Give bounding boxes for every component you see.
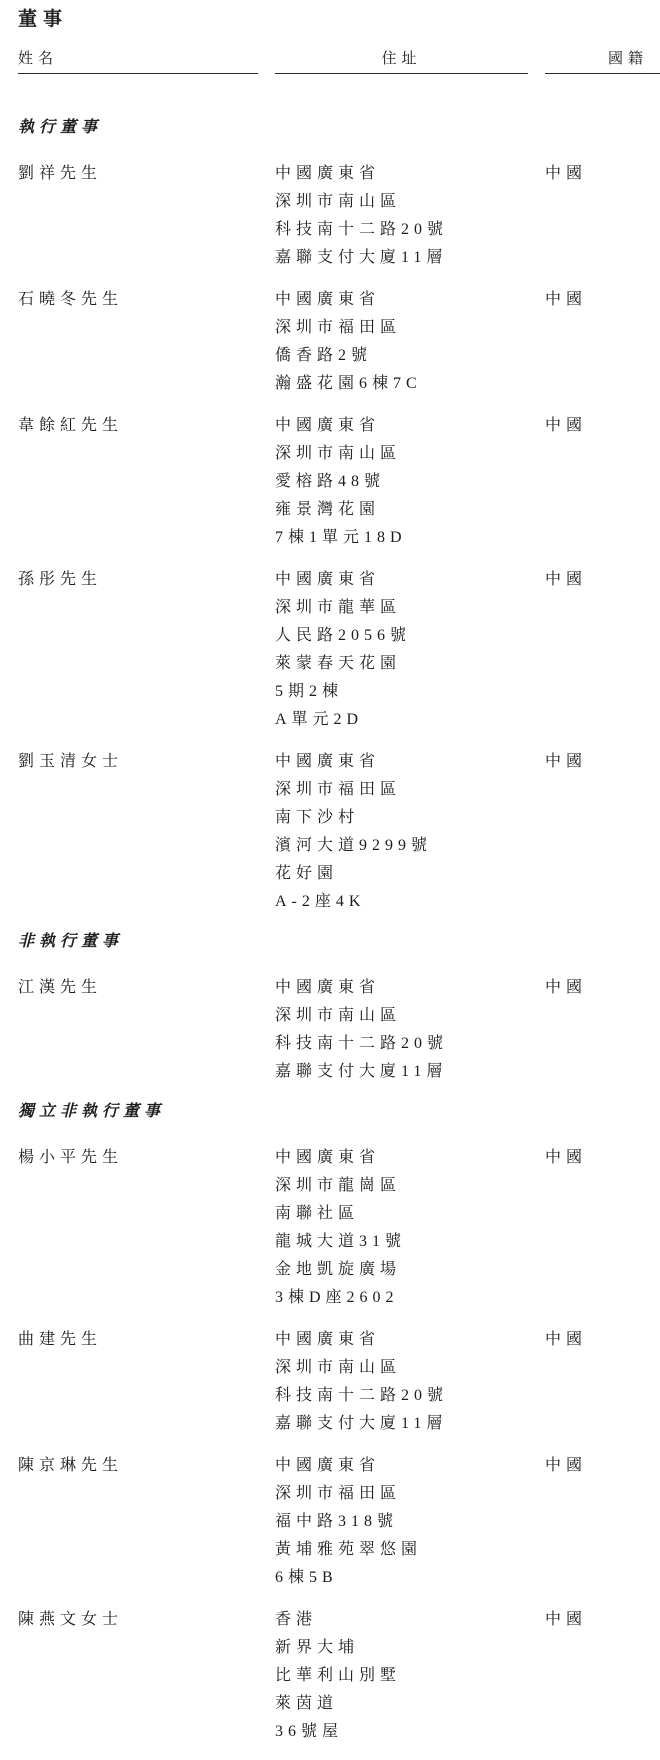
director-name: 孫彤先生 xyxy=(18,566,258,734)
address-line: 3棟D座2602 xyxy=(275,1284,528,1312)
address-line: 嘉聯支付大廈11層 xyxy=(275,1410,528,1438)
address-line: 南下沙村 xyxy=(275,804,528,832)
address-line: 嘉聯支付大廈11層 xyxy=(275,1058,528,1086)
column-header-address: 住址 xyxy=(275,50,528,74)
address-line: 香港 xyxy=(275,1606,528,1634)
address-line: 花好園 xyxy=(275,860,528,888)
address-line: 深圳市南山區 xyxy=(275,1354,528,1382)
director-nationality: 中國 xyxy=(545,974,660,1086)
address-line: 中國廣東省 xyxy=(275,1326,528,1354)
address-line: 深圳市福田區 xyxy=(275,776,528,804)
director-nationality: 中國 xyxy=(545,286,660,398)
director-address: 中國廣東省深圳市南山區科技南十二路20號嘉聯支付大廈11層 xyxy=(275,1326,528,1438)
director-row: 曲建先生 中國廣東省深圳市南山區科技南十二路20號嘉聯支付大廈11層 中國 xyxy=(18,1326,660,1438)
address-line: 南聯社區 xyxy=(275,1200,528,1228)
director-nationality: 中國 xyxy=(545,566,660,734)
address-line: 比華利山別墅 xyxy=(275,1662,528,1690)
director-row: 韋餘紅先生 中國廣東省深圳市南山區愛榕路48號雍景灣花園7棟1單元18D 中國 xyxy=(18,412,660,552)
address-line: 科技南十二路20號 xyxy=(275,1382,528,1410)
director-address: 中國廣東省深圳市福田區僑香路2號瀚盛花園6棟7C xyxy=(275,286,528,398)
address-line: 中國廣東省 xyxy=(275,412,528,440)
document-page: 董事 姓名 住址 國籍 執行董事 劉祥先生 中國廣東省深圳市南山區科技南十二路2… xyxy=(0,0,660,1760)
address-line: 萊茵道 xyxy=(275,1690,528,1718)
director-row: 楊小平先生 中國廣東省深圳市龍崗區南聯社區龍城大道31號金地凱旋廣場3棟D座26… xyxy=(18,1144,660,1312)
director-row: 劉祥先生 中國廣東省深圳市南山區科技南十二路20號嘉聯支付大廈11層 中國 xyxy=(18,160,660,272)
address-line: 深圳市福田區 xyxy=(275,1480,528,1508)
director-name: 石曉冬先生 xyxy=(18,286,258,398)
address-line: 深圳市南山區 xyxy=(275,440,528,468)
address-line: 中國廣東省 xyxy=(275,286,528,314)
address-line: 瀚盛花園6棟7C xyxy=(275,370,528,398)
address-line: 深圳市南山區 xyxy=(275,1002,528,1030)
section-heading: 執行董事 xyxy=(18,116,660,140)
page-title: 董事 xyxy=(18,8,660,32)
section-rows: 楊小平先生 中國廣東省深圳市龍崗區南聯社區龍城大道31號金地凱旋廣場3棟D座26… xyxy=(18,1144,660,1746)
director-row: 孫彤先生 中國廣東省深圳市龍華區人民路2056號萊蒙春天花園5期2棟A單元2D … xyxy=(18,566,660,734)
director-row: 陳京琳先生 中國廣東省深圳市福田區福中路318號黃埔雅苑翠悠園6棟5B 中國 xyxy=(18,1452,660,1592)
director-name: 劉祥先生 xyxy=(18,160,258,272)
address-line: 福中路318號 xyxy=(275,1508,528,1536)
director-row: 石曉冬先生 中國廣東省深圳市福田區僑香路2號瀚盛花園6棟7C 中國 xyxy=(18,286,660,398)
address-line: 深圳市龍崗區 xyxy=(275,1172,528,1200)
address-line: 龍城大道31號 xyxy=(275,1228,528,1256)
section-heading: 獨立非執行董事 xyxy=(18,1100,660,1124)
column-header-name: 姓名 xyxy=(18,50,258,74)
address-line: 36號屋 xyxy=(275,1718,528,1746)
column-header-nationality: 國籍 xyxy=(545,50,660,74)
director-address: 香港新界大埔比華利山別墅萊茵道36號屋 xyxy=(275,1606,528,1746)
address-line: 中國廣東省 xyxy=(275,748,528,776)
address-line: 深圳市龍華區 xyxy=(275,594,528,622)
director-address: 中國廣東省深圳市福田區南下沙村濱河大道9299號花好園A-2座4K xyxy=(275,748,528,916)
director-row: 陳燕文女士 香港新界大埔比華利山別墅萊茵道36號屋 中國 xyxy=(18,1606,660,1746)
table-header: 姓名 住址 國籍 xyxy=(18,50,660,74)
director-name: 曲建先生 xyxy=(18,1326,258,1438)
address-line: 嘉聯支付大廈11層 xyxy=(275,244,528,272)
address-line: 深圳市南山區 xyxy=(275,188,528,216)
address-line: 濱河大道9299號 xyxy=(275,832,528,860)
section-rows: 江漢先生 中國廣東省深圳市南山區科技南十二路20號嘉聯支付大廈11層 中國 xyxy=(18,974,660,1086)
director-address: 中國廣東省深圳市南山區愛榕路48號雍景灣花園7棟1單元18D xyxy=(275,412,528,552)
director-address: 中國廣東省深圳市南山區科技南十二路20號嘉聯支付大廈11層 xyxy=(275,160,528,272)
address-line: A單元2D xyxy=(275,706,528,734)
address-line: 中國廣東省 xyxy=(275,1144,528,1172)
director-nationality: 中國 xyxy=(545,1452,660,1592)
section-rows: 劉祥先生 中國廣東省深圳市南山區科技南十二路20號嘉聯支付大廈11層 中國 石曉… xyxy=(18,160,660,916)
director-address: 中國廣東省深圳市龍崗區南聯社區龍城大道31號金地凱旋廣場3棟D座2602 xyxy=(275,1144,528,1312)
director-row: 劉玉清女士 中國廣東省深圳市福田區南下沙村濱河大道9299號花好園A-2座4K … xyxy=(18,748,660,916)
director-nationality: 中國 xyxy=(545,748,660,916)
director-nationality: 中國 xyxy=(545,412,660,552)
director-section-0: 執行董事 劉祥先生 中國廣東省深圳市南山區科技南十二路20號嘉聯支付大廈11層 … xyxy=(18,116,660,916)
address-line: A-2座4K xyxy=(275,888,528,916)
director-name: 楊小平先生 xyxy=(18,1144,258,1312)
address-line: 萊蒙春天花園 xyxy=(275,650,528,678)
address-line: 科技南十二路20號 xyxy=(275,1030,528,1058)
address-line: 新界大埔 xyxy=(275,1634,528,1662)
address-line: 愛榕路48號 xyxy=(275,468,528,496)
director-row: 江漢先生 中國廣東省深圳市南山區科技南十二路20號嘉聯支付大廈11層 中國 xyxy=(18,974,660,1086)
address-line: 中國廣東省 xyxy=(275,974,528,1002)
address-line: 中國廣東省 xyxy=(275,160,528,188)
director-name: 江漢先生 xyxy=(18,974,258,1086)
address-line: 人民路2056號 xyxy=(275,622,528,650)
address-line: 雍景灣花園 xyxy=(275,496,528,524)
director-address: 中國廣東省深圳市南山區科技南十二路20號嘉聯支付大廈11層 xyxy=(275,974,528,1086)
director-name: 陳京琳先生 xyxy=(18,1452,258,1592)
director-section-1: 非執行董事 江漢先生 中國廣東省深圳市南山區科技南十二路20號嘉聯支付大廈11層… xyxy=(18,930,660,1086)
address-line: 7棟1單元18D xyxy=(275,524,528,552)
director-nationality: 中國 xyxy=(545,1606,660,1746)
address-line: 黃埔雅苑翠悠園 xyxy=(275,1536,528,1564)
director-address: 中國廣東省深圳市福田區福中路318號黃埔雅苑翠悠園6棟5B xyxy=(275,1452,528,1592)
address-line: 5期2棟 xyxy=(275,678,528,706)
address-line: 中國廣東省 xyxy=(275,1452,528,1480)
director-nationality: 中國 xyxy=(545,1144,660,1312)
director-name: 韋餘紅先生 xyxy=(18,412,258,552)
directors-table: 執行董事 劉祥先生 中國廣東省深圳市南山區科技南十二路20號嘉聯支付大廈11層 … xyxy=(18,116,660,1746)
director-nationality: 中國 xyxy=(545,160,660,272)
address-line: 僑香路2號 xyxy=(275,342,528,370)
director-name: 陳燕文女士 xyxy=(18,1606,258,1746)
section-heading: 非執行董事 xyxy=(18,930,660,954)
address-line: 科技南十二路20號 xyxy=(275,216,528,244)
address-line: 6棟5B xyxy=(275,1564,528,1592)
director-section-2: 獨立非執行董事 楊小平先生 中國廣東省深圳市龍崗區南聯社區龍城大道31號金地凱旋… xyxy=(18,1100,660,1746)
address-line: 中國廣東省 xyxy=(275,566,528,594)
director-nationality: 中國 xyxy=(545,1326,660,1438)
director-address: 中國廣東省深圳市龍華區人民路2056號萊蒙春天花園5期2棟A單元2D xyxy=(275,566,528,734)
address-line: 金地凱旋廣場 xyxy=(275,1256,528,1284)
address-line: 深圳市福田區 xyxy=(275,314,528,342)
director-name: 劉玉清女士 xyxy=(18,748,258,916)
